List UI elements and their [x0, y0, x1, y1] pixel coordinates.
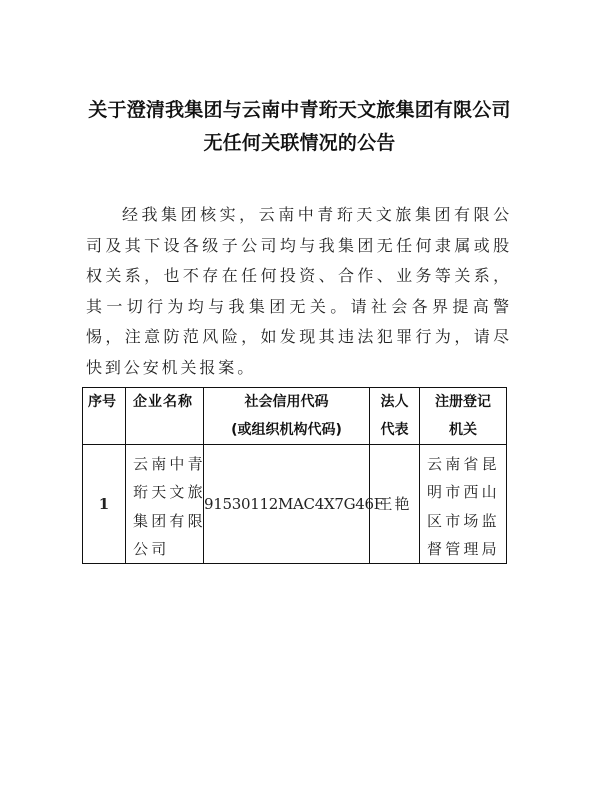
document-page: 关于澄清我集团与云南中青珩天文旅集团有限公司 无任何关联情况的公告 经我集团核实… [0, 0, 599, 804]
document-title-line1: 关于澄清我集团与云南中青珩天文旅集团有限公司 [0, 95, 599, 122]
cell-no: 1 [83, 445, 126, 564]
cell-reg-authority: 云南省昆 明市西山 区市场监 督管理局 [420, 445, 507, 564]
cell-company-name: 云南中青 珩天文旅 集团有限 公司 [126, 445, 204, 564]
header-company-name: 企业名称 [126, 388, 204, 445]
table-header-row: 序号 企业名称 社会信用代码 (或组织机构代码) 法人 代表 注册登记 机关 [83, 388, 507, 445]
header-reg-authority: 注册登记 机关 [420, 388, 507, 445]
header-no: 序号 [83, 388, 126, 445]
announcement-body: 经我集团核实，云南中青珩天文旅集团有限公司及其下设各级子公司均与我集团无任何隶属… [86, 200, 512, 383]
document-title-line2: 无任何关联情况的公告 [0, 128, 599, 155]
cell-credit-code: 91530112MAC4X7G46F [204, 445, 370, 564]
company-info-table: 序号 企业名称 社会信用代码 (或组织机构代码) 法人 代表 注册登记 机关 [82, 387, 507, 564]
cell-legal-rep: 王艳 [370, 445, 420, 564]
header-credit-code: 社会信用代码 (或组织机构代码) [204, 388, 370, 445]
header-legal-rep: 法人 代表 [370, 388, 420, 445]
table-row: 1 云南中青 珩天文旅 集团有限 公司 91530112MAC4X7G46F 王… [83, 445, 507, 564]
